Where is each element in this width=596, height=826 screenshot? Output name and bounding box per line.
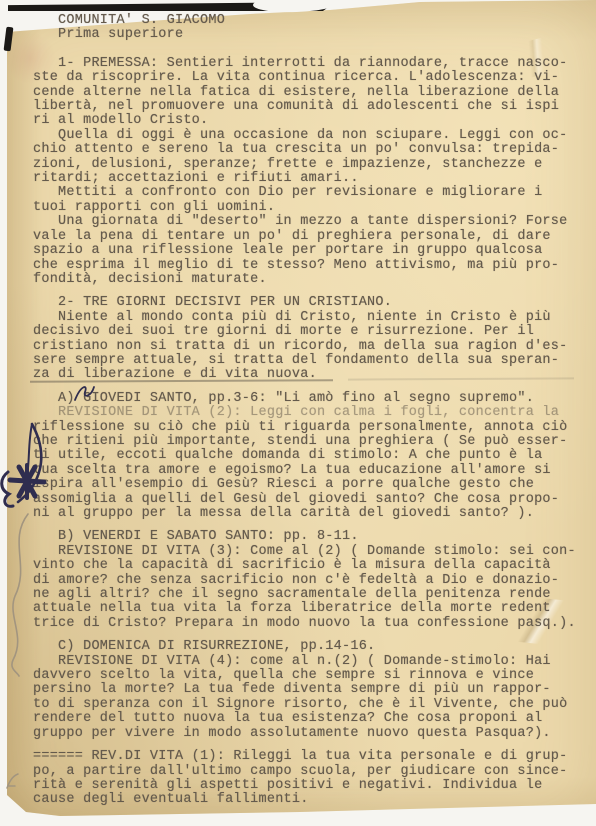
- paragraph: riflessione su ciò che più ti riguarda p…: [33, 421, 588, 522]
- text-line: REVISIONE DI VITA (2): Leggi con calma i…: [33, 406, 588, 420]
- text-line: C) DOMENICA DI RISURREZIONE, pp.14-16.: [33, 640, 588, 654]
- paragraph: B) VENERDI E SABATO SANTO: pp. 8-11. REV…: [33, 530, 588, 631]
- paragraph: A) GIOVEDI SANTO, pp.3-6: "Li amò fino a…: [33, 392, 588, 406]
- text-line: gruppo per vivere in modo assolutamente …: [33, 727, 588, 741]
- text-line: cause degli eventuali fallimenti.: [33, 793, 588, 807]
- paragraph: COMUNITA' S. GIACOMO Prima superiore: [33, 14, 588, 43]
- text-line: 2- TRE GIORNI DECISIVI PER UN CRISTIANO.: [33, 296, 588, 310]
- paragraph: REVISIONE DI VITA (2): Leggi con calma i…: [33, 406, 588, 420]
- text-line: trice di Cristo? Prepara in modo nuovo l…: [33, 617, 588, 631]
- paragraph: C) DOMENICA DI RISURREZIONE, pp.14-16. R…: [33, 640, 588, 741]
- text-line: persino la morte? La tua fede diventa se…: [33, 683, 588, 697]
- text-line: cende alterne nella fatica di esistere, …: [33, 86, 588, 100]
- text-line: Una giornata di "deserto" in mezzo a tan…: [33, 215, 588, 229]
- text-line: Quella di oggi è una occasione da non sc…: [33, 129, 588, 143]
- text-line: ritardi; accettazioni e rifiuti amari..: [33, 172, 588, 186]
- text-line: rendere del tutto nuova la tua esistenza…: [33, 712, 588, 726]
- text-line: spazio a una riflessione leale per porta…: [33, 244, 588, 258]
- text-line: ni al gruppo per la messa della carità d…: [33, 507, 588, 521]
- scan-background: { "colors": { "scan_bg": "#f6f5f1", "pap…: [0, 0, 596, 826]
- text-line: vinto che la capacità di sacrificio è la…: [33, 559, 588, 573]
- text-line: che ritieni più importante, stendi una p…: [33, 435, 588, 449]
- text-line: to di speranza con il Signore risorto, c…: [33, 698, 588, 712]
- text-line: COMUNITA' S. GIACOMO: [33, 14, 588, 28]
- text-line: di amore? che senza sacrificio non c'è f…: [33, 574, 588, 588]
- text-line: sere sempre attuale, si tratta del fonda…: [33, 354, 588, 368]
- text-line: vale la pena di tentare un po' di preghi…: [33, 230, 588, 244]
- text-line: riflessione su ciò che più ti riguarda p…: [33, 421, 588, 435]
- text-line: assomiglia a quelli del Gesù del giovedi…: [33, 493, 588, 507]
- text-line: REVISIONE DI VITA (4): come al n.(2) ( D…: [33, 655, 588, 669]
- text-line: ti utile, eccoti qualche domanda di stim…: [33, 449, 588, 463]
- text-line: ne agli altri? che il segno sacramentale…: [33, 588, 588, 602]
- text-line: REVISIONE DI VITA (3): Come al (2) ( Dom…: [33, 545, 588, 559]
- text-line: ste da riscoprire. La vita continua rice…: [33, 71, 588, 85]
- text-line: Niente al mondo conta più di Cristo, nie…: [33, 311, 588, 325]
- text-line: Prima superiore: [33, 28, 588, 42]
- text-line: davvero scelto la vita, quella che sempr…: [33, 669, 588, 683]
- paragraph: ====== REV.DI VITA (1): Rileggi la tua v…: [33, 750, 588, 808]
- text-line: cristiano non si tratta di un ricordo, m…: [33, 340, 588, 354]
- text-line: rità e serenità gli aspetti positivi e n…: [33, 779, 588, 793]
- text-line: fondità, decisioni maturate.: [33, 273, 588, 287]
- text-line: Mettiti a confronto con Dio per revision…: [33, 186, 588, 200]
- text-line: decisivo dei suoi tre giorni di morte e …: [33, 325, 588, 339]
- text-line: ispira all'esempio di Gesù? Riesci a por…: [33, 478, 588, 492]
- text-line: A) GIOVEDI SANTO, pp.3-6: "Li amò fino a…: [33, 392, 588, 406]
- text-line: tuoi rapporti con gli uomini.: [33, 201, 588, 215]
- text-line: che esprima il meglio di te stesso? Meno…: [33, 259, 588, 273]
- text-line: ====== REV.DI VITA (1): Rileggi la tua v…: [33, 750, 588, 764]
- text-line: 1- PREMESSA: Sentieri interrotti da rian…: [33, 57, 588, 71]
- paragraph: 1- PREMESSA: Sentieri interrotti da rian…: [33, 57, 588, 288]
- paragraph: 2- TRE GIORNI DECISIVI PER UN CRISTIANO.…: [33, 296, 588, 382]
- text-line: B) VENERDI E SABATO SANTO: pp. 8-11.: [33, 530, 588, 544]
- text-line: libertà, nel promuovere una comunità di …: [33, 100, 588, 114]
- text-line: attuale nella tua vita la forza liberatr…: [33, 602, 588, 616]
- text-line: chio attento e sereno la tua crescita un…: [33, 143, 588, 157]
- document-text: COMUNITA' S. GIACOMO Prima superiore 1- …: [33, 14, 588, 808]
- text-line: zioni, delusioni, speranze; frette e imp…: [33, 158, 588, 172]
- text-line: ri al modello Cristo.: [33, 114, 588, 128]
- text-line: po, a partire dall'ultimo campo scuola, …: [33, 765, 588, 779]
- text-line: tua scelta tra amore e egoismo? La tua e…: [33, 464, 588, 478]
